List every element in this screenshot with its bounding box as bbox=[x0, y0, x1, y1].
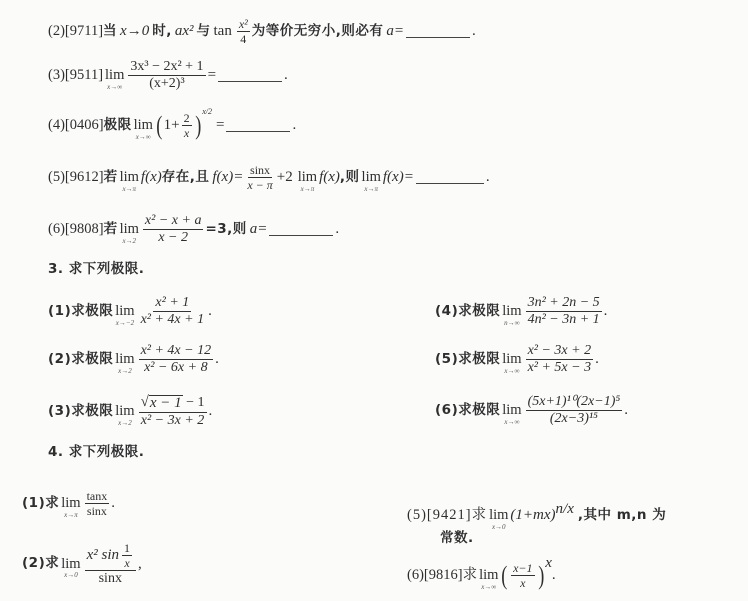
math: +2 bbox=[277, 170, 293, 185]
item-label: (6)[9816]求 bbox=[407, 568, 477, 583]
denominator: 4 bbox=[238, 32, 248, 45]
answer-blank bbox=[218, 81, 282, 82]
fraction: (5x+1)¹⁰(2x−1)⁵ (2x−3)¹⁵ bbox=[526, 395, 623, 426]
period: . bbox=[624, 403, 628, 418]
lim-word: lim bbox=[105, 68, 124, 83]
item-label: (5)[9612] bbox=[48, 170, 104, 185]
math: f(x) bbox=[319, 170, 340, 185]
item-label: (3)求极限 bbox=[48, 405, 113, 419]
lim-subscript: x→π bbox=[301, 186, 315, 193]
lim-word: lim bbox=[134, 118, 153, 133]
text: ,其中 m,n 为 bbox=[578, 509, 666, 523]
fraction: √x − 1 − 1 x² − 3x + 2 bbox=[139, 395, 207, 428]
exponent: x bbox=[545, 556, 552, 571]
square-root: √x − 1 bbox=[141, 395, 183, 411]
text: 时, bbox=[152, 25, 172, 39]
text: 与 bbox=[197, 25, 211, 39]
answer-blank bbox=[226, 131, 290, 132]
section3-item-6: (6)求极限 lim x→∞ (5x+1)¹⁰(2x−1)⁵ (2x−3)¹⁵ … bbox=[435, 395, 628, 426]
lim-word: lim bbox=[502, 403, 521, 418]
period: . bbox=[486, 170, 490, 185]
left-paren: ( bbox=[502, 563, 508, 589]
lim-subscript: x→∞ bbox=[504, 368, 519, 375]
numerator: x² sin 1 x bbox=[85, 542, 136, 571]
limit-operator: lim x→2 bbox=[120, 222, 139, 245]
exercise-4-0406: (4)[0406] 极限 lim x→∞ ( 1+ 2 x ) x/2 = . bbox=[48, 112, 296, 139]
numerator: x² + 4x − 12 bbox=[139, 344, 214, 360]
section4-item-6-9816: (6)[9816]求 lim x→∞ ( x−1 x ) x . bbox=[407, 562, 556, 589]
exercise-6-9808: (6)[9808] 若 lim x→2 x² − x + a x − 2 =3,… bbox=[48, 214, 339, 245]
limit-operator: lim x→π bbox=[362, 170, 381, 193]
period: . bbox=[604, 304, 608, 319]
numerator: x−1 bbox=[511, 562, 534, 576]
period: . bbox=[215, 352, 219, 367]
right-paren: ) bbox=[538, 563, 544, 589]
fraction: sinx x − π bbox=[245, 164, 274, 191]
period: . bbox=[335, 222, 339, 237]
lim-subscript: x→π bbox=[122, 186, 136, 193]
denominator: x − π bbox=[245, 178, 274, 191]
limit-operator: lim x→∞ bbox=[105, 68, 124, 91]
item-label: (5)[9421]求 bbox=[407, 508, 487, 523]
lim-word: lim bbox=[362, 170, 381, 185]
lim-word: lim bbox=[502, 352, 521, 367]
math: x→0 bbox=[120, 24, 149, 39]
denominator: (x+2)³ bbox=[147, 76, 186, 91]
item-label: (1)求极限 bbox=[48, 305, 113, 319]
section4-item-2: (2)求 lim x→0 x² sin 1 x sinx , bbox=[22, 542, 142, 586]
fraction: x² 4 bbox=[237, 18, 250, 45]
lim-word: lim bbox=[120, 170, 139, 185]
answer-blank bbox=[269, 235, 333, 236]
text: ,则 bbox=[340, 171, 360, 185]
fraction: x² + 4x − 12 x² − 6x + 8 bbox=[139, 344, 214, 375]
item-label: (2)[9711] bbox=[48, 24, 103, 39]
fraction: 3n² + 2n − 5 4n² − 3n + 1 bbox=[526, 296, 602, 327]
item-label: (4)求极限 bbox=[435, 305, 500, 319]
fraction: x² sin 1 x sinx bbox=[85, 542, 136, 586]
limit-operator: lim x→2 bbox=[115, 404, 134, 427]
period: . bbox=[111, 496, 115, 511]
numerator: 3x³ − 2x² + 1 bbox=[128, 60, 205, 76]
item-label: (5)求极限 bbox=[435, 353, 500, 367]
period: . bbox=[472, 24, 476, 39]
limit-operator: lim x→0 bbox=[61, 557, 80, 580]
lim-word: lim bbox=[489, 508, 508, 523]
section3-item-3: (3)求极限 lim x→2 √x − 1 − 1 x² − 3x + 2 . bbox=[48, 395, 212, 428]
exercise-5-9612: (5)[9612] 若 lim x→π f(x) 存在,且 f(x)= sinx… bbox=[48, 164, 490, 191]
lim-subscript: x→π bbox=[364, 186, 378, 193]
section3-item-2: (2)求极限 lim x→2 x² + 4x − 12 x² − 6x + 8 … bbox=[48, 344, 219, 375]
period: . bbox=[552, 568, 556, 583]
text: =3,则 bbox=[205, 223, 246, 237]
lim-word: lim bbox=[115, 352, 134, 367]
limit-operator: lim x→0 bbox=[489, 508, 508, 531]
denominator: 4n² − 3n + 1 bbox=[526, 312, 602, 327]
numerator: x² bbox=[237, 18, 250, 32]
exponent: x/2 bbox=[202, 108, 212, 116]
numerator: 3n² + 2n − 5 bbox=[526, 296, 602, 312]
denominator: x² − 6x + 8 bbox=[142, 360, 210, 375]
text: 常数. bbox=[440, 532, 474, 546]
lim-subscript: x→0 bbox=[492, 524, 506, 531]
section3-item-5: (5)求极限 lim x→∞ x² − 3x + 2 x² + 5x − 3 . bbox=[435, 344, 599, 375]
numerator-prefix: x² sin bbox=[87, 548, 119, 563]
math: f(x)= bbox=[212, 170, 243, 185]
lim-subscript: x→π bbox=[64, 512, 78, 519]
lim-subscript: n→∞ bbox=[504, 320, 520, 327]
answer-blank bbox=[406, 37, 470, 38]
inner-denominator: x bbox=[122, 556, 131, 569]
denominator: (2x−3)¹⁵ bbox=[548, 411, 600, 426]
numerator: √x − 1 − 1 bbox=[139, 395, 207, 413]
lim-word: lim bbox=[115, 404, 134, 419]
math: 1+ bbox=[164, 118, 180, 133]
item-label: (1)求 bbox=[22, 497, 59, 511]
limit-operator: lim x→∞ bbox=[134, 118, 153, 141]
answer-blank bbox=[416, 183, 484, 184]
limit-operator: lim x→∞ bbox=[502, 352, 521, 375]
exercise-3-9511: (3)[9511] lim x→∞ 3x³ − 2x² + 1 (x+2)³ =… bbox=[48, 60, 288, 91]
period: . bbox=[284, 68, 288, 83]
left-paren: ( bbox=[156, 113, 162, 139]
lim-subscript: x→∞ bbox=[481, 584, 496, 591]
lim-word: lim bbox=[502, 304, 521, 319]
limit-operator: lim n→∞ bbox=[502, 304, 521, 327]
heading-text: 3. 求下列极限. bbox=[48, 263, 144, 277]
fraction: x−1 x bbox=[511, 562, 534, 589]
denominator: x² + 5x − 3 bbox=[526, 360, 594, 375]
inner-fraction: 1 x bbox=[122, 542, 132, 569]
lim-word: lim bbox=[120, 222, 139, 237]
numerator: x² − x + a bbox=[143, 214, 204, 230]
numerator: x² + 1 bbox=[153, 296, 191, 312]
section4-item-5-continuation: 常数. bbox=[440, 532, 474, 546]
radicand: x − 1 bbox=[149, 395, 183, 411]
period: . bbox=[209, 404, 213, 419]
fraction: x² + 1 x² + 4x + 1 bbox=[139, 296, 207, 327]
lim-word: lim bbox=[115, 304, 134, 319]
math: f(x) bbox=[141, 170, 162, 185]
fraction: x² − 3x + 2 x² + 5x − 3 bbox=[526, 344, 594, 375]
math: a= bbox=[386, 24, 404, 39]
limit-operator: lim x→2 bbox=[115, 352, 134, 375]
item-label: (4)[0406] bbox=[48, 118, 104, 133]
denominator: x² + 4x + 1 bbox=[139, 312, 207, 327]
denominator: sinx bbox=[97, 571, 124, 586]
denominator: x − 2 bbox=[156, 230, 190, 245]
right-paren: ) bbox=[195, 113, 201, 139]
numerator: (5x+1)¹⁰(2x−1)⁵ bbox=[526, 395, 623, 411]
text: 若 bbox=[104, 223, 118, 237]
fraction: 3x³ − 2x² + 1 (x+2)³ bbox=[128, 60, 205, 91]
exponent: n/x bbox=[556, 502, 574, 517]
text: 当 bbox=[103, 25, 117, 39]
limit-operator: lim x→∞ bbox=[479, 568, 498, 591]
limit-operator: lim x→−2 bbox=[115, 304, 134, 327]
denominator: x bbox=[518, 576, 527, 589]
item-label: (2)求极限 bbox=[48, 353, 113, 367]
section3-item-4: (4)求极限 lim n→∞ 3n² + 2n − 5 4n² − 3n + 1… bbox=[435, 296, 607, 327]
denominator: x² − 3x + 2 bbox=[139, 413, 207, 428]
limit-operator: lim x→π bbox=[298, 170, 317, 193]
math: tan bbox=[214, 24, 232, 39]
equals: = bbox=[208, 68, 216, 83]
exercise-2-9711: (2)[9711] 当 x→0 时, ax² 与 tan x² 4 为等价无穷小… bbox=[48, 18, 476, 45]
textbook-page: (2)[9711] 当 x→0 时, ax² 与 tan x² 4 为等价无穷小… bbox=[0, 0, 748, 601]
lim-subscript: x→0 bbox=[64, 572, 78, 579]
text: 存在,且 bbox=[162, 171, 210, 185]
period: . bbox=[292, 118, 296, 133]
text: 极限 bbox=[104, 119, 132, 133]
math: ax² bbox=[175, 24, 194, 39]
item-label: (3)[9511] bbox=[48, 68, 103, 83]
radical-sign-icon: √ bbox=[141, 395, 149, 410]
limit-operator: lim x→π bbox=[61, 496, 80, 519]
period: . bbox=[595, 352, 599, 367]
lim-subscript: x→∞ bbox=[504, 419, 519, 426]
item-label: (2)求 bbox=[22, 557, 59, 571]
item-label: (6)求极限 bbox=[435, 404, 500, 418]
lim-subscript: x→2 bbox=[118, 420, 132, 427]
lim-word: lim bbox=[61, 557, 80, 572]
section3-item-1: (1)求极限 lim x→−2 x² + 1 x² + 4x + 1 . bbox=[48, 296, 212, 327]
denominator: sinx bbox=[85, 504, 109, 517]
fraction: tanx sinx bbox=[85, 490, 110, 517]
comma: , bbox=[138, 557, 142, 572]
period: . bbox=[208, 304, 212, 319]
section-4-heading: 4. 求下列极限. bbox=[48, 446, 144, 460]
section4-item-1: (1)求 lim x→π tanx sinx . bbox=[22, 490, 115, 517]
lim-subscript: x→∞ bbox=[107, 84, 122, 91]
math: f(x)= bbox=[383, 170, 414, 185]
math: (1+mx) bbox=[510, 508, 555, 523]
limit-operator: lim x→∞ bbox=[502, 403, 521, 426]
limit-operator: lim x→π bbox=[120, 170, 139, 193]
section-3-heading: 3. 求下列极限. bbox=[48, 263, 144, 277]
text: 若 bbox=[104, 171, 118, 185]
lim-word: lim bbox=[61, 496, 80, 511]
text: 为等价无穷小,则必有 bbox=[252, 25, 384, 39]
lim-subscript: x→2 bbox=[122, 238, 136, 245]
item-label: (6)[9808] bbox=[48, 222, 104, 237]
lim-word: lim bbox=[479, 568, 498, 583]
lim-subscript: x→−2 bbox=[116, 320, 134, 327]
numerator: x² − 3x + 2 bbox=[526, 344, 594, 360]
section4-item-5-9421: (5)[9421]求 lim x→0 (1+mx) n/x ,其中 m,n 为 bbox=[407, 504, 666, 527]
inner-numerator: 1 bbox=[122, 542, 132, 556]
numerator: tanx bbox=[85, 490, 110, 504]
lim-subscript: x→∞ bbox=[136, 134, 151, 141]
heading-text: 4. 求下列极限. bbox=[48, 446, 144, 460]
fraction: x² − x + a x − 2 bbox=[143, 214, 204, 245]
math: a= bbox=[250, 222, 268, 237]
lim-subscript: x→2 bbox=[118, 368, 132, 375]
lim-word: lim bbox=[298, 170, 317, 185]
equals: = bbox=[216, 118, 224, 133]
denominator: x bbox=[182, 126, 191, 139]
numerator-tail: − 1 bbox=[183, 395, 205, 410]
fraction: 2 x bbox=[182, 112, 192, 139]
numerator: 2 bbox=[182, 112, 192, 126]
numerator: sinx bbox=[248, 164, 272, 178]
